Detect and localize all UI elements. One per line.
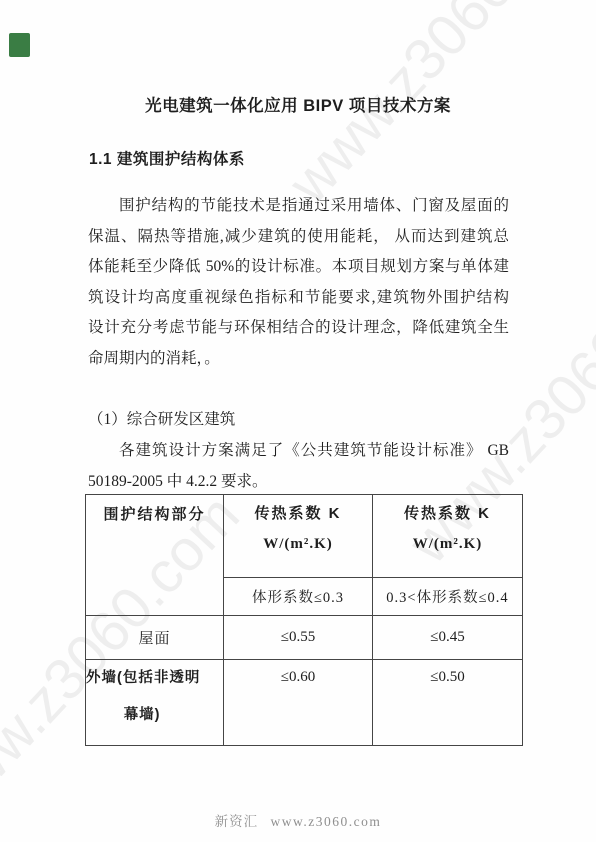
body-line: 设计充分考虑节能与环保相结合的设计理念，降低建筑全生 [88,313,509,344]
page-footer: 新资汇 www.z3060.com [0,810,596,830]
document-page: www.z3060.com www.z3060.com www.z3060.co… [0,0,596,842]
header-cell-part: 围护结构部分 [86,495,224,616]
cell-value: ≤0.60 [224,660,373,746]
cell-value: ≤0.55 [224,616,373,660]
paragraph-1: 围护结构的节能技术是指通过采用墙体、门窗及屋面的 保温、隔热等措施,减少建筑的使… [88,191,509,374]
body-line: 围护结构的节能技术是指通过采用墙体、门窗及屋面的 [88,191,509,222]
table-row: 外墙(包括非透明 幕墙) ≤0.60 ≤0.50 [86,660,523,746]
thermal-coefficient-table: 围护结构部分 传热系数 K W/(m².K) 传热系数 K W/(m².K) 体… [85,494,523,746]
body-line: 命周期内的消耗，。 [88,344,509,375]
subsection-block: （1）综合研发区建筑 各建筑设计方案满足了《公共建筑节能设计标准》 GB 501… [88,404,509,497]
body-line: 体能耗至少降低 50%的设计标准。本项目规划方案与单体建 [88,252,509,283]
header-cell-k1: 传热系数 K W/(m².K) [224,495,373,578]
footer-site-name: 新资汇 [215,814,259,829]
subsection-label: （1）综合研发区建筑 [88,404,509,435]
body-line: 筑设计均高度重视绿色指标和节能要求,建筑物外围护结构 [88,283,509,314]
table-header-row: 围护结构部分 传热系数 K W/(m².K) 传热系数 K W/(m².K) [86,495,523,578]
body-line: 保温、隔热等措施,减少建筑的使用能耗， 从而达到建筑总 [88,222,509,253]
subheader-cell-shape2: 0.3<体形系数≤0.4 [373,578,523,616]
header-cell-k2: 传热系数 K W/(m².K) [373,495,523,578]
page-title: 光电建筑一体化应用 BIPV 项目技术方案 [0,92,596,116]
body-line: 各建筑设计方案满足了《公共建筑节能设计标准》 GB [88,435,509,466]
cell-value: ≤0.45 [373,616,523,660]
section-heading: 1.1 建筑围护结构体系 [89,147,245,169]
cell-part-wall: 外墙(包括非透明 幕墙) [86,660,224,746]
cell-part-roof: 屋面 [86,616,224,660]
subheader-cell-shape1: 体形系数≤0.3 [224,578,373,616]
cell-value: ≤0.50 [373,660,523,746]
body-line: 50189-2005 中 4.2.2 要求。 [88,466,509,497]
footer-site-url: www.z3060.com [271,814,382,829]
table-row: 屋面 ≤0.55 ≤0.45 [86,616,523,660]
site-logo-mark [9,33,30,57]
